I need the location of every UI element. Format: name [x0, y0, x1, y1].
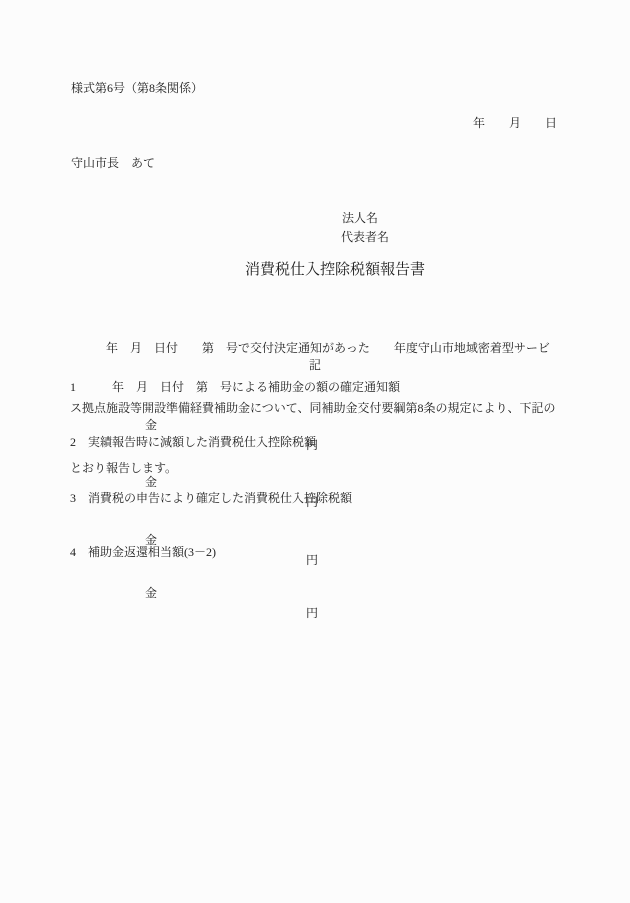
addressee-line: 守山市長 あて: [71, 153, 155, 173]
corporate-name-label: 法人名: [342, 208, 378, 228]
item-4-amount-row: 金 円: [0, 563, 630, 583]
form-number: 様式第6号（第8条関係）: [71, 78, 203, 98]
date-blank-line: 年 月 日: [473, 113, 557, 133]
item-2-label: 2 実績報告時に減額した消費税仕入控除税額: [70, 432, 316, 452]
item-4-label: 4 補助金返還相当額(3－2): [70, 542, 216, 562]
item-1-amount-row: 金 円: [0, 395, 630, 415]
document-page: 様式第6号（第8条関係） 年 月 日 守山市長 あて 法人名 代表者名 消費税仕…: [0, 0, 630, 903]
item-4-amount-suffix: 円: [306, 603, 318, 623]
item-3-amount-row: 金 円: [0, 510, 630, 530]
representative-name-label: 代表者名: [341, 227, 389, 247]
item-1-label: 1 年 月 日付 第 号による補助金の額の確定通知額: [70, 377, 400, 397]
note-heading: 記: [0, 355, 630, 375]
document-title: 消費税仕入控除税額報告書: [245, 260, 425, 280]
item-4-amount-prefix: 金: [145, 583, 157, 603]
item-3-label: 3 消費税の申告により確定した消費税仕入控除税額: [70, 488, 352, 508]
item-2-amount-row: 金 円: [0, 452, 630, 472]
